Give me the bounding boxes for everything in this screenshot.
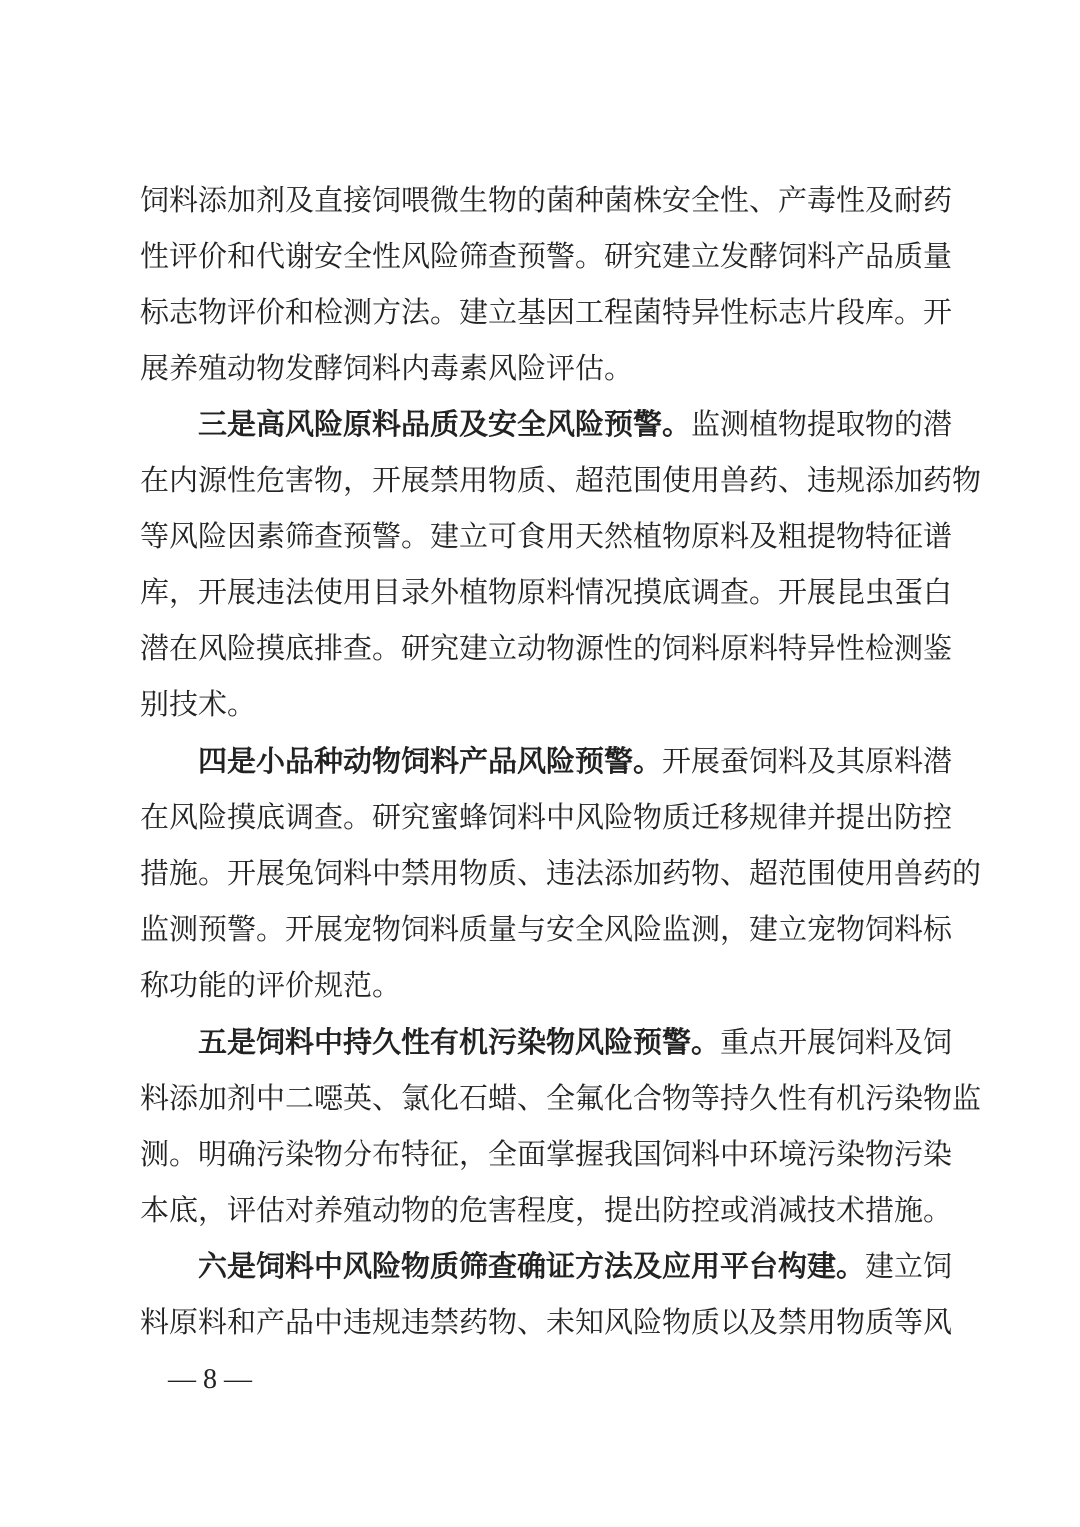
text-line: 潜在风险摸底排查。研究建立动物源性的饲料原料特异性检测鉴 — [140, 628, 940, 668]
text-line: 在内源性危害物，开展禁用物质、超范围使用兽药、违规添加药物 — [140, 460, 940, 500]
paragraph-first-line: 四是小品种动物饲料产品风险预警。开展蚕饲料及其原料潜 — [198, 741, 940, 781]
text-line: 别技术。 — [140, 684, 940, 724]
text-line: 料原料和产品中违规违禁药物、未知风险物质以及禁用物质等风 — [140, 1302, 940, 1342]
text-span: 开展蚕饲料及其原料潜 — [662, 744, 952, 778]
text-line: 展养殖动物发酵饲料内毒素风险评估。 — [140, 348, 940, 388]
text-line: 本底，评估对养殖动物的危害程度，提出防控或消减技术措施。 — [140, 1190, 940, 1230]
text-span: 建立饲 — [865, 1249, 952, 1283]
text-line: 库，开展违法使用目录外植物原料情况摸底调查。开展昆虫蛋白 — [140, 572, 940, 612]
section-heading: 三是高风险原料品质及安全风险预警。 — [198, 407, 691, 441]
page-number: — 8 — — [168, 1360, 252, 1400]
section-heading: 六是饲料中风险物质筛查确证方法及应用平台构建。 — [198, 1249, 865, 1283]
text-span: 监测植物提取物的潜 — [691, 407, 952, 441]
text-line: 性评价和代谢安全性风险筛查预警。研究建立发酵饲料产品质量 — [140, 236, 940, 276]
text-line: 称功能的评价规范。 — [140, 965, 940, 1005]
paragraph-first-line: 五是饲料中持久性有机污染物风险预警。重点开展饲料及饲 — [198, 1022, 940, 1062]
text-line: 措施。开展兔饲料中禁用物质、违法添加药物、超范围使用兽药的 — [140, 853, 940, 893]
text-line: 料添加剂中二噁英、氯化石蜡、全氟化合物等持久性有机污染物监 — [140, 1078, 940, 1118]
text-line: 测。明确污染物分布特征，全面掌握我国饲料中环境污染物污染 — [140, 1134, 940, 1174]
paragraph-first-line: 六是饲料中风险物质筛查确证方法及应用平台构建。建立饲 — [198, 1246, 940, 1286]
text-line: 等风险因素筛查预警。建立可食用天然植物原料及粗提物特征谱 — [140, 516, 940, 556]
section-heading: 五是饲料中持久性有机污染物风险预警。 — [198, 1025, 720, 1059]
document-page: 饲料添加剂及直接饲喂微生物的菌种菌株安全性、产毒性及耐药 性评价和代谢安全性风险… — [0, 0, 1080, 1527]
paragraph-first-line: 三是高风险原料品质及安全风险预警。监测植物提取物的潜 — [198, 404, 940, 444]
text-line: 在风险摸底调查。研究蜜蜂饲料中风险物质迁移规律并提出防控 — [140, 797, 940, 837]
text-line: 标志物评价和检测方法。建立基因工程菌特异性标志片段库。开 — [140, 292, 940, 332]
text-line: 监测预警。开展宠物饲料质量与安全风险监测，建立宠物饲料标 — [140, 909, 940, 949]
section-heading: 四是小品种动物饲料产品风险预警。 — [198, 744, 662, 778]
text-line: 饲料添加剂及直接饲喂微生物的菌种菌株安全性、产毒性及耐药 — [140, 180, 940, 220]
text-span: 重点开展饲料及饲 — [720, 1025, 952, 1059]
